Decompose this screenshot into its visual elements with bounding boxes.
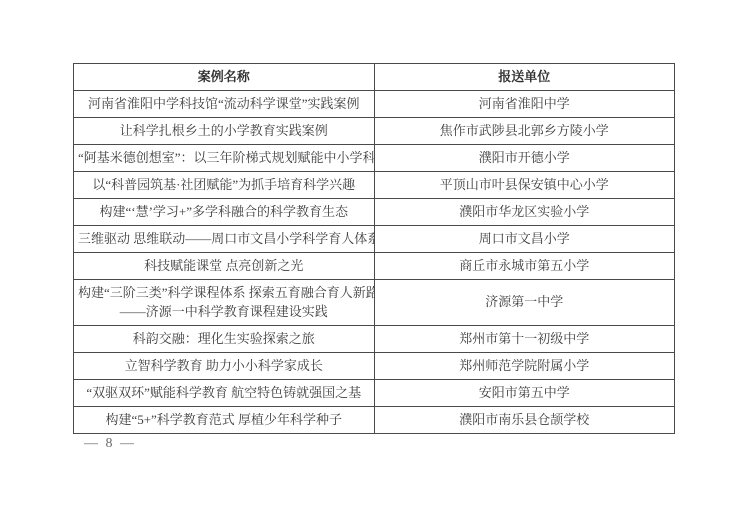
table-row: 科韵交融：理化生实验探索之旅郑州市第十一初级中学: [74, 326, 675, 353]
case-name-line: 构建“5+”科学教育范式 厚植少年科学种子: [78, 411, 370, 430]
document-page: 案例名称 报送单位 河南省淮阳中学科技馆“流动科学课堂”实践案例河南省淮阳中学让…: [0, 0, 750, 530]
unit-name-cell: 济源第一中学: [374, 280, 675, 326]
case-name-line: 构建“‘慧’学习+”多学科融合的科学教育生态: [78, 203, 370, 222]
table-row: “阿基米德创想室”：以三年阶梯式规划赋能中小学科学教育创新发展濮阳市开德小学: [74, 145, 675, 172]
table-row: 让科学扎根乡土的小学教育实践案例焦作市武陟县北郭乡方陵小学: [74, 118, 675, 145]
case-name-line: 以“科普园筑基·社团赋能”为抓手培育科学兴趣: [78, 176, 370, 195]
case-name-line: 科韵交融：理化生实验探索之旅: [78, 330, 370, 349]
unit-name-cell: 周口市文昌小学: [374, 226, 675, 253]
case-name-line: 三维驱动 思维联动——周口市文昌小学科学育人体系构建与实践: [78, 230, 370, 249]
table-row: “双驱双环”赋能科学教育 航空特色铸就强国之基安阳市第五中学: [74, 380, 675, 407]
table-row: 科技赋能课堂 点亮创新之光商丘市永城市第五小学: [74, 253, 675, 280]
unit-name-cell: 安阳市第五中学: [374, 380, 675, 407]
case-name-cell: 构建“5+”科学教育范式 厚植少年科学种子: [74, 407, 375, 434]
case-name-line: ——济源一中科学教育课程建设实践: [78, 303, 370, 322]
case-name-cell: 构建“三阶三类”科学课程体系 探索五育融合育人新路径——济源一中科学教育课程建设…: [74, 280, 375, 326]
case-name-line: “双驱双环”赋能科学教育 航空特色铸就强国之基: [78, 384, 370, 403]
case-name-cell: 立智科学教育 助力小小科学家成长: [74, 353, 375, 380]
case-name-cell: 以“科普园筑基·社团赋能”为抓手培育科学兴趣: [74, 172, 375, 199]
case-name-cell: 科韵交融：理化生实验探索之旅: [74, 326, 375, 353]
case-name-line: 让科学扎根乡土的小学教育实践案例: [78, 122, 370, 141]
table-row: 三维驱动 思维联动——周口市文昌小学科学育人体系构建与实践周口市文昌小学: [74, 226, 675, 253]
unit-name-cell: 商丘市永城市第五小学: [374, 253, 675, 280]
case-name-line: 河南省淮阳中学科技馆“流动科学课堂”实践案例: [78, 95, 370, 114]
case-name-cell: “阿基米德创想室”：以三年阶梯式规划赋能中小学科学教育创新发展: [74, 145, 375, 172]
table-row: 构建“‘慧’学习+”多学科融合的科学教育生态濮阳市华龙区实验小学: [74, 199, 675, 226]
case-name-cell: “双驱双环”赋能科学教育 航空特色铸就强国之基: [74, 380, 375, 407]
unit-name-cell: 郑州市第十一初级中学: [374, 326, 675, 353]
case-name-line: 立智科学教育 助力小小科学家成长: [78, 357, 370, 376]
header-case-name: 案例名称: [74, 64, 375, 91]
case-name-cell: 构建“‘慧’学习+”多学科融合的科学教育生态: [74, 199, 375, 226]
case-name-cell: 科技赋能课堂 点亮创新之光: [74, 253, 375, 280]
table-row: 河南省淮阳中学科技馆“流动科学课堂”实践案例河南省淮阳中学: [74, 91, 675, 118]
unit-name-cell: 郑州师范学院附属小学: [374, 353, 675, 380]
table-row: 构建“三阶三类”科学课程体系 探索五育融合育人新路径——济源一中科学教育课程建设…: [74, 280, 675, 326]
case-name-cell: 河南省淮阳中学科技馆“流动科学课堂”实践案例: [74, 91, 375, 118]
unit-name-cell: 濮阳市华龙区实验小学: [374, 199, 675, 226]
table-row: 以“科普园筑基·社团赋能”为抓手培育科学兴趣平顶山市叶县保安镇中心小学: [74, 172, 675, 199]
case-table: 案例名称 报送单位 河南省淮阳中学科技馆“流动科学课堂”实践案例河南省淮阳中学让…: [73, 63, 675, 434]
unit-name-cell: 平顶山市叶县保安镇中心小学: [374, 172, 675, 199]
page-number: — 8 —: [84, 436, 136, 452]
header-unit-name: 报送单位: [374, 64, 675, 91]
case-name-cell: 三维驱动 思维联动——周口市文昌小学科学育人体系构建与实践: [74, 226, 375, 253]
table-row: 构建“5+”科学教育范式 厚植少年科学种子濮阳市南乐县仓颉学校: [74, 407, 675, 434]
case-name-line: 构建“三阶三类”科学课程体系 探索五育融合育人新路径: [78, 284, 370, 303]
table-header-row: 案例名称 报送单位: [74, 64, 675, 91]
unit-name-cell: 河南省淮阳中学: [374, 91, 675, 118]
case-name-line: “阿基米德创想室”：以三年阶梯式规划赋能中小学科学教育创新发展: [78, 149, 370, 168]
table-body: 河南省淮阳中学科技馆“流动科学课堂”实践案例河南省淮阳中学让科学扎根乡土的小学教…: [74, 91, 675, 434]
unit-name-cell: 焦作市武陟县北郭乡方陵小学: [374, 118, 675, 145]
case-name-cell: 让科学扎根乡土的小学教育实践案例: [74, 118, 375, 145]
case-name-line: 科技赋能课堂 点亮创新之光: [78, 257, 370, 276]
unit-name-cell: 濮阳市开德小学: [374, 145, 675, 172]
table-row: 立智科学教育 助力小小科学家成长郑州师范学院附属小学: [74, 353, 675, 380]
unit-name-cell: 濮阳市南乐县仓颉学校: [374, 407, 675, 434]
